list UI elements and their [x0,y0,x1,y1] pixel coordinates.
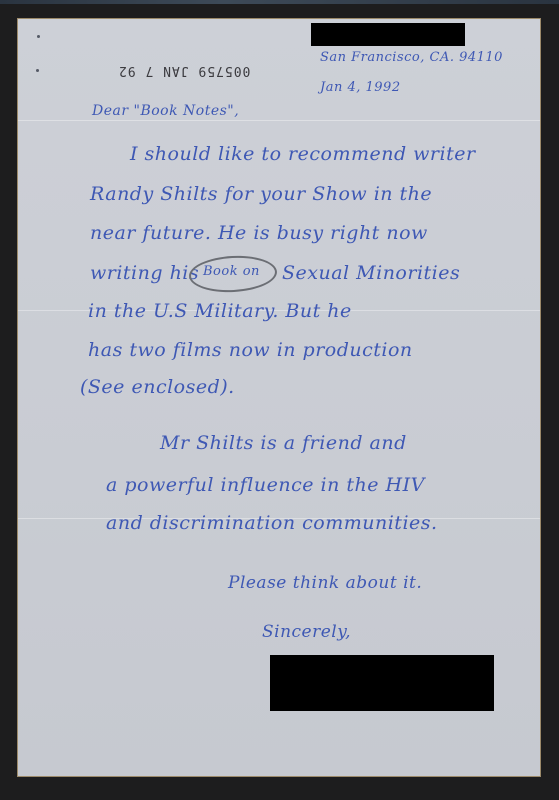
paper-mark [36,69,39,72]
closing: Sincerely, [262,622,351,642]
closing-request: Please think about it. [228,573,422,593]
body-line-part: writing his [90,262,199,284]
body-line: and discrimination communities. [106,512,438,534]
salutation: Dear "Book Notes", [92,103,239,119]
fold-line [18,120,540,121]
body-line: a powerful influence in the HIV [106,474,425,496]
circled-text: Book on [203,264,260,279]
sender-redaction [311,23,465,46]
signature-redaction [270,655,494,711]
body-line-part: Sexual Minorities [282,262,460,284]
body-line: Randy Shilts for your Show in the [90,183,432,205]
address-line: San Francisco, CA. 94110 [320,50,503,65]
body-line: has two films now in production [88,339,413,361]
letter-date: Jan 4, 1992 [320,80,401,95]
body-line: Mr Shilts is a friend and [160,432,407,454]
body-line: near future. He is busy right now [90,222,428,244]
body-line: I should like to recommend writer [130,143,476,165]
body-line: in the U.S Military. But he [88,300,352,322]
body-line: (See enclosed). [80,376,235,398]
frame-top-edge [0,0,559,4]
received-stamp: 005759 JAN 7 92 [118,63,250,78]
paper-mark [37,35,40,38]
